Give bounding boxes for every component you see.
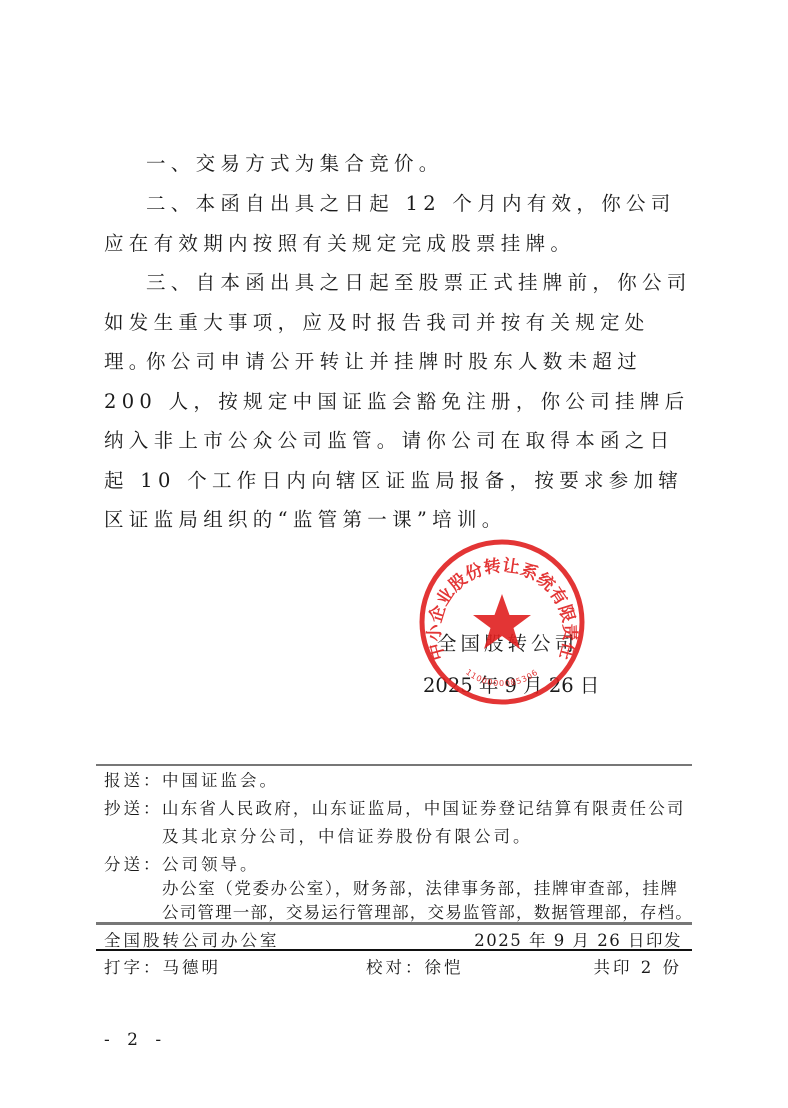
copy-to-line-1: 山东省人民政府，山东证监局，中国证券登记结算有限责任公司 [162,795,686,819]
report-to-label: 报送： [104,767,163,791]
send-to-line-1: 公司领导。 [162,851,260,875]
official-seal-icon: 全国中小企业股份转让系统有限责任公司 1100000085306 [418,538,586,706]
seal-number: 1100000085306 [464,668,540,689]
copy-to-label: 抄送： [104,795,163,819]
copy-to-line-2: 及其北京分公司，中信证券股份有限公司。 [162,823,533,847]
document-page: 一、交易方式为集合竞价。 二、本函自出具之日起 12 个月内有效，你公司应在有效… [0,0,788,1108]
send-to-line-3: 公司管理一部，交易运行管理部，交易监管部，数据管理部，存档。 [162,899,693,923]
divider-middle [96,922,692,925]
issuer-office: 全国股转公司办公室 [104,927,280,951]
report-to-value: 中国证监会。 [162,767,279,791]
paragraph-supervision: 你公司申请公开转让并挂牌时股东人数未超过 200 人，按规定中国证监会豁免注册，… [104,342,692,540]
copies-printed: 共印 2 份 [594,954,683,978]
issue-date: 2025 年 9 月 26 日印发 [474,927,682,951]
proofreader: 校对：徐恺 [366,954,464,978]
divider-top [96,764,692,766]
send-to-line-2: 办公室（党委办公室），财务部，法律事务部，挂牌审查部，挂牌 [162,875,679,899]
typist: 打字：马德明 [104,954,221,978]
paragraph-validity: 二、本函自出具之日起 12 个月内有效，你公司应在有效期内按照有关规定完成股票挂… [104,184,692,263]
page-number: - 2 - [104,1030,167,1050]
svg-text:1100000085306: 1100000085306 [464,668,540,689]
seal-text: 全国中小企业股份转让系统有限责任公司 [418,538,580,663]
svg-text:全国中小企业股份转让系统有限责任公司: 全国中小企业股份转让系统有限责任公司 [418,538,580,663]
paragraph-trading-method: 一、交易方式为集合竞价。 [104,144,692,184]
send-to-label: 分送： [104,851,163,875]
divider-bottom [96,949,692,951]
